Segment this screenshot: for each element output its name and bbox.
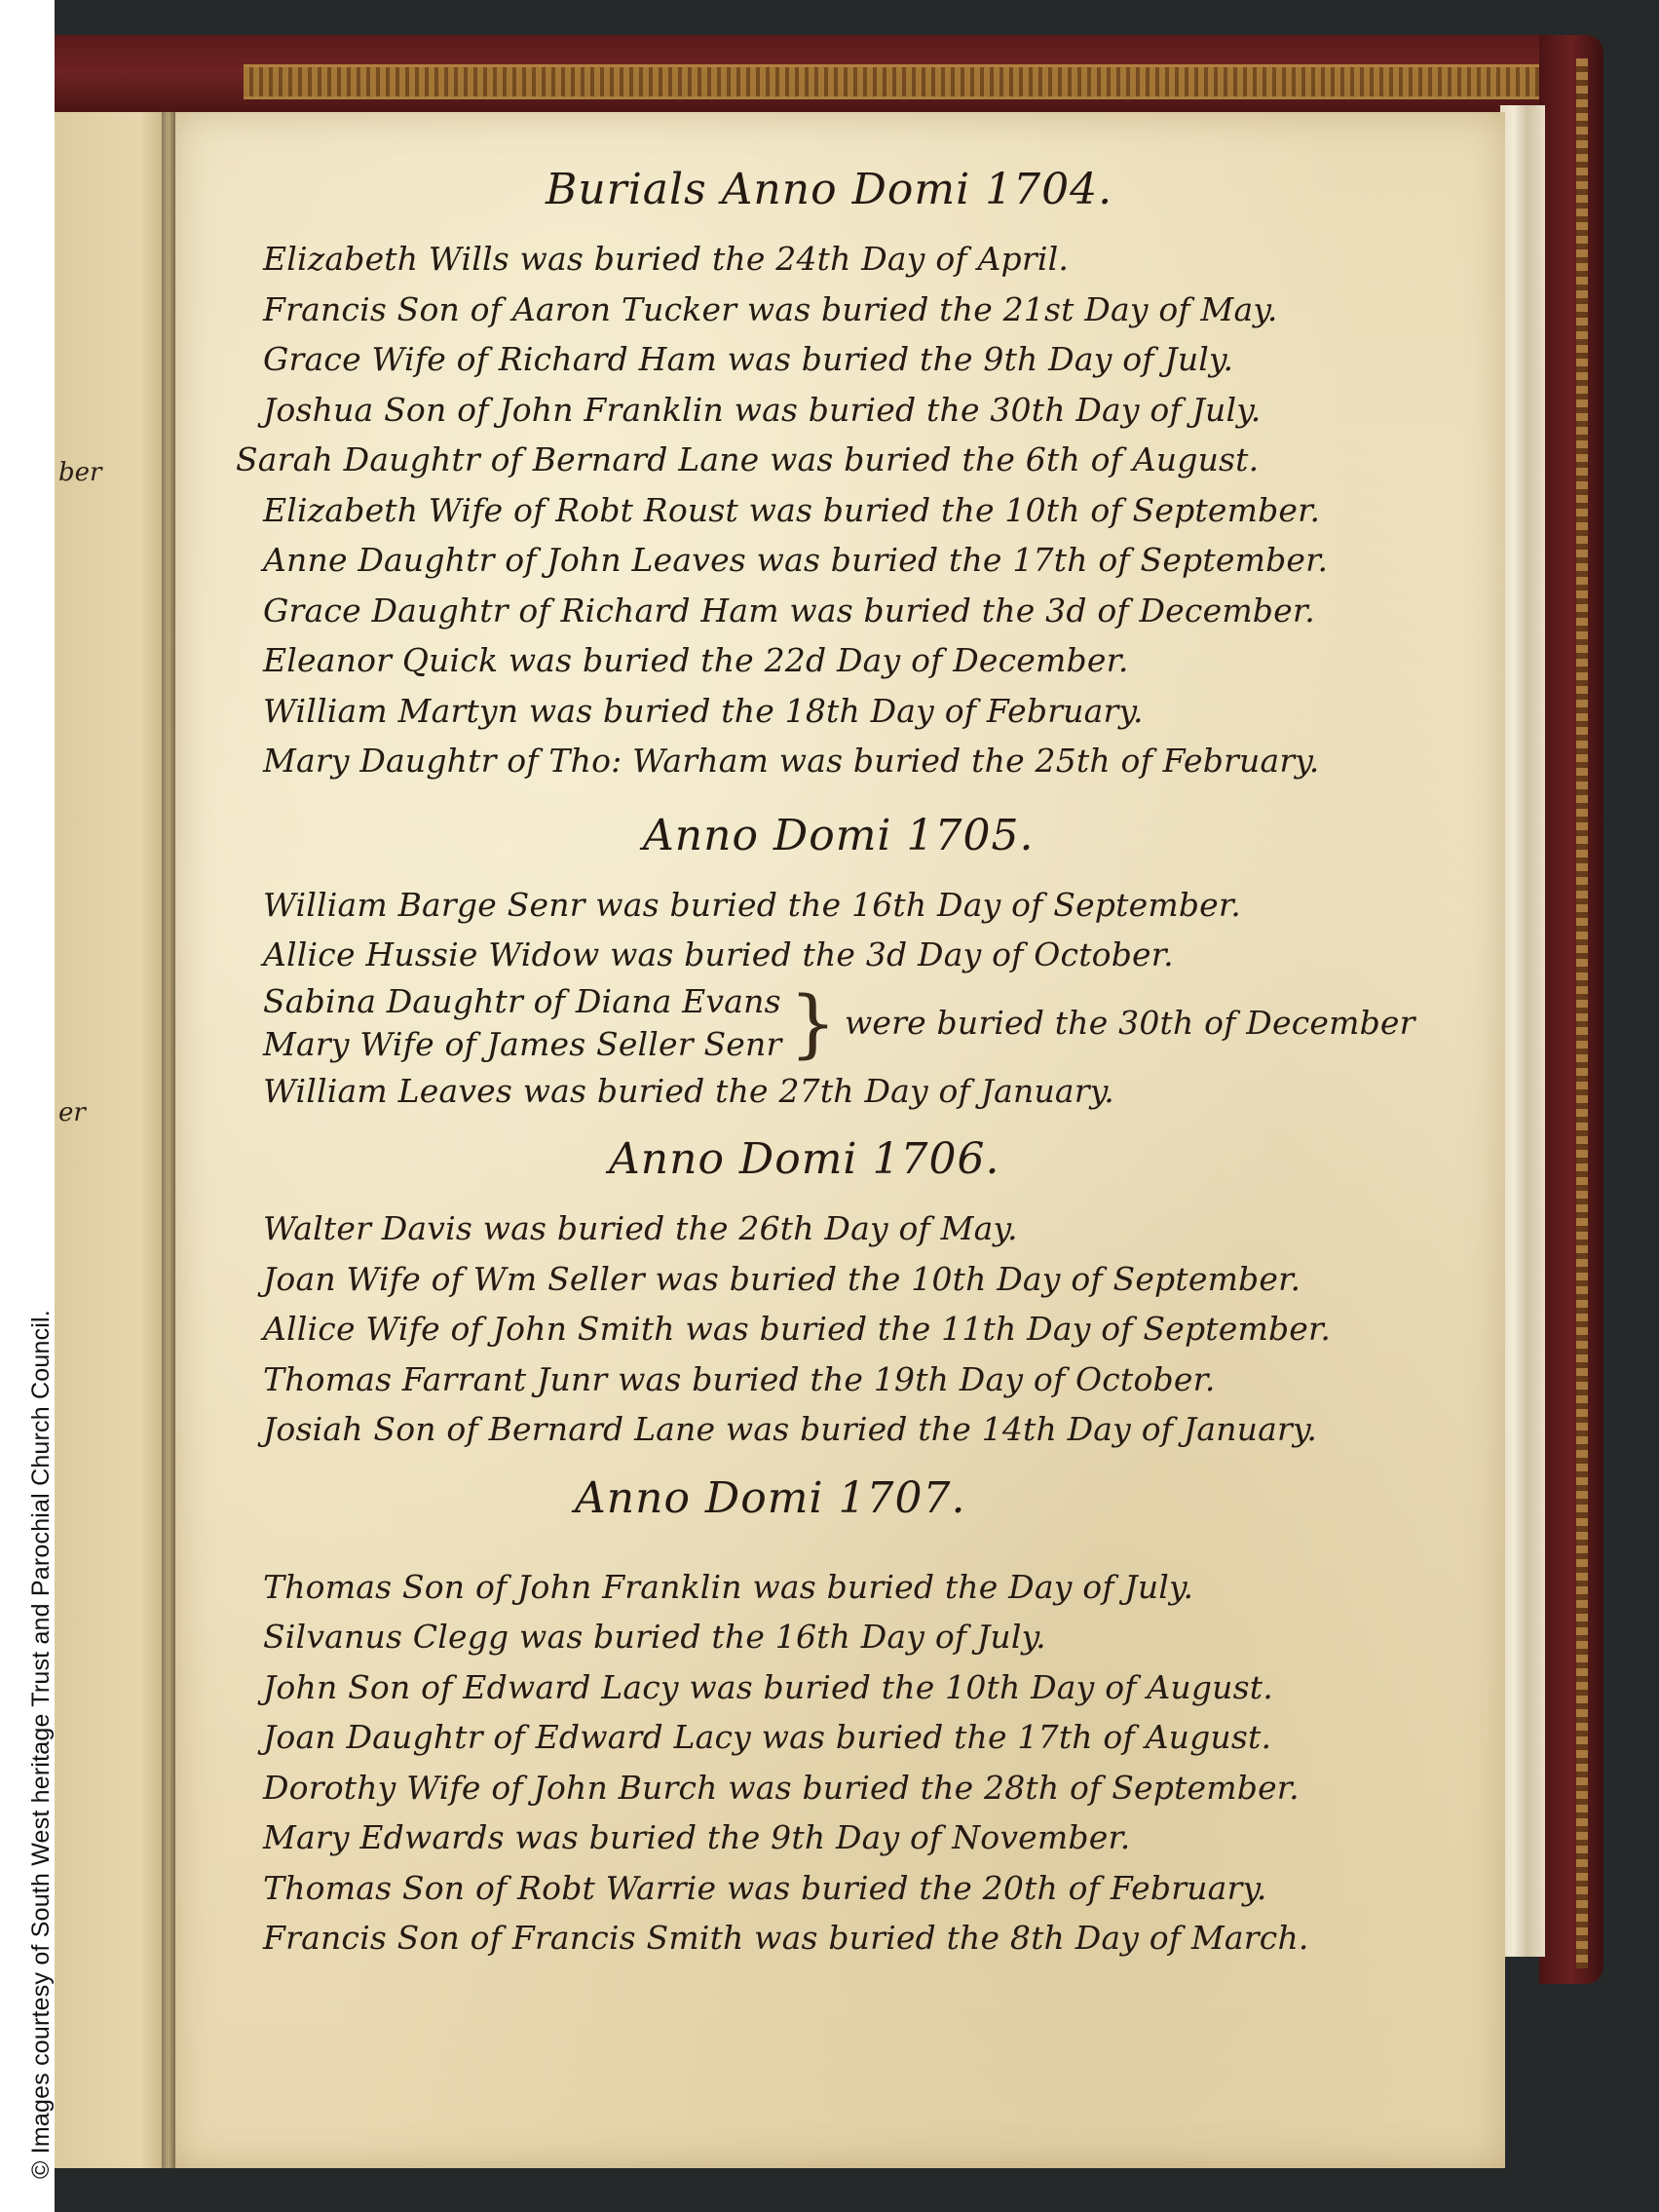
- gilt-tooling-top: [244, 64, 1539, 99]
- joint-burial-entry: Sabina Daughtr of Diana Evans Mary Wife …: [263, 980, 1529, 1066]
- joint-burial-name: Mary Wife of James Seller Senr: [263, 1023, 781, 1066]
- burial-entry: Silvanus Clegg was buried the 16th Day o…: [263, 1612, 1529, 1662]
- burial-entry: Elizabeth Wife of Robt Roust was buried …: [263, 485, 1529, 536]
- burial-entry: Francis Son of Aaron Tucker was buried t…: [263, 285, 1529, 335]
- burial-entry: Grace Daughtr of Richard Ham was buried …: [263, 586, 1529, 636]
- facing-page-fragment: ber: [58, 458, 101, 487]
- facing-page-edge: ber er: [55, 112, 162, 2168]
- image-credit: © Images courtesy of South West heritage…: [27, 1310, 56, 2179]
- burial-entry: Anne Daughtr of John Leaves was buried t…: [263, 535, 1529, 586]
- burial-entry: Mary Edwards was buried the 9th Day of N…: [263, 1812, 1529, 1863]
- facing-page-fragment: er: [58, 1098, 86, 1127]
- burial-entry: William Barge Senr was buried the 16th D…: [263, 880, 1529, 931]
- burial-entry: Grace Wife of Richard Ham was buried the…: [263, 334, 1529, 385]
- burial-entry: Thomas Son of John Franklin was buried t…: [263, 1562, 1529, 1613]
- section-entries-1707: Thomas Son of John Franklin was buried t…: [263, 1562, 1529, 1964]
- burial-entry: Joan Daughtr of Edward Lacy was buried t…: [263, 1712, 1529, 1763]
- burial-entry: Allice Wife of John Smith was buried the…: [263, 1304, 1529, 1354]
- joint-burial-date: were buried the 30th of December: [845, 1002, 1415, 1045]
- burial-entry: William Martyn was buried the 18th Day o…: [263, 686, 1529, 737]
- burial-entry: Joshua Son of John Franklin was buried t…: [263, 385, 1529, 436]
- burial-entry: Allice Hussie Widow was buried the 3d Da…: [263, 930, 1529, 980]
- section-heading-1706: Anno Domi 1706.: [609, 1116, 1529, 1203]
- gilt-tooling-right: [1576, 58, 1588, 1968]
- burial-entry: Thomas Farrant Junr was buried the 19th …: [263, 1354, 1529, 1405]
- burial-entry: Sarah Daughtr of Bernard Lane was buried…: [236, 435, 1529, 485]
- burial-entry: Thomas Son of Robt Warrie was buried the…: [263, 1863, 1529, 1914]
- section-heading-1705: Anno Domi 1705.: [643, 792, 1529, 880]
- joint-burial-name: Sabina Daughtr of Diana Evans: [263, 980, 781, 1023]
- book-cover-right: [1539, 35, 1603, 1984]
- burial-register: Burials Anno Domi 1704. Elizabeth Wills …: [263, 146, 1529, 1964]
- burial-entry: Dorothy Wife of John Burch was buried th…: [263, 1763, 1529, 1813]
- brace-icon: }: [789, 986, 837, 1060]
- burial-entry: Josiah Son of Bernard Lane was buried th…: [263, 1404, 1529, 1455]
- section-entries-1704: Elizabeth Wills was buried the 24th Day …: [263, 234, 1529, 786]
- section-heading-1704: Burials Anno Domi 1704.: [546, 146, 1529, 234]
- burial-entry: Mary Daughtr of Tho: Warham was buried t…: [263, 736, 1529, 786]
- burial-entry: Eleanor Quick was buried the 22d Day of …: [263, 635, 1529, 686]
- burial-entry: Joan Wife of Wm Seller was buried the 10…: [263, 1254, 1529, 1305]
- burial-entry: John Son of Edward Lacy was buried the 1…: [263, 1662, 1529, 1713]
- burial-entry: Francis Son of Francis Smith was buried …: [263, 1913, 1529, 1964]
- binding-gutter: [162, 112, 175, 2168]
- joint-burial-names: Sabina Daughtr of Diana Evans Mary Wife …: [263, 980, 781, 1066]
- credit-strip: © Images courtesy of South West heritage…: [0, 0, 55, 2212]
- section-entries-1706: Walter Davis was buried the 26th Day of …: [263, 1203, 1529, 1455]
- section-entries-1705: William Barge Senr was buried the 16th D…: [263, 880, 1529, 1117]
- burial-entry: William Leaves was buried the 27th Day o…: [263, 1066, 1529, 1117]
- burial-entry: Walter Davis was buried the 26th Day of …: [263, 1203, 1529, 1254]
- section-heading-1707: Anno Domi 1707.: [575, 1455, 1529, 1543]
- burial-entry: Elizabeth Wills was buried the 24th Day …: [263, 234, 1529, 285]
